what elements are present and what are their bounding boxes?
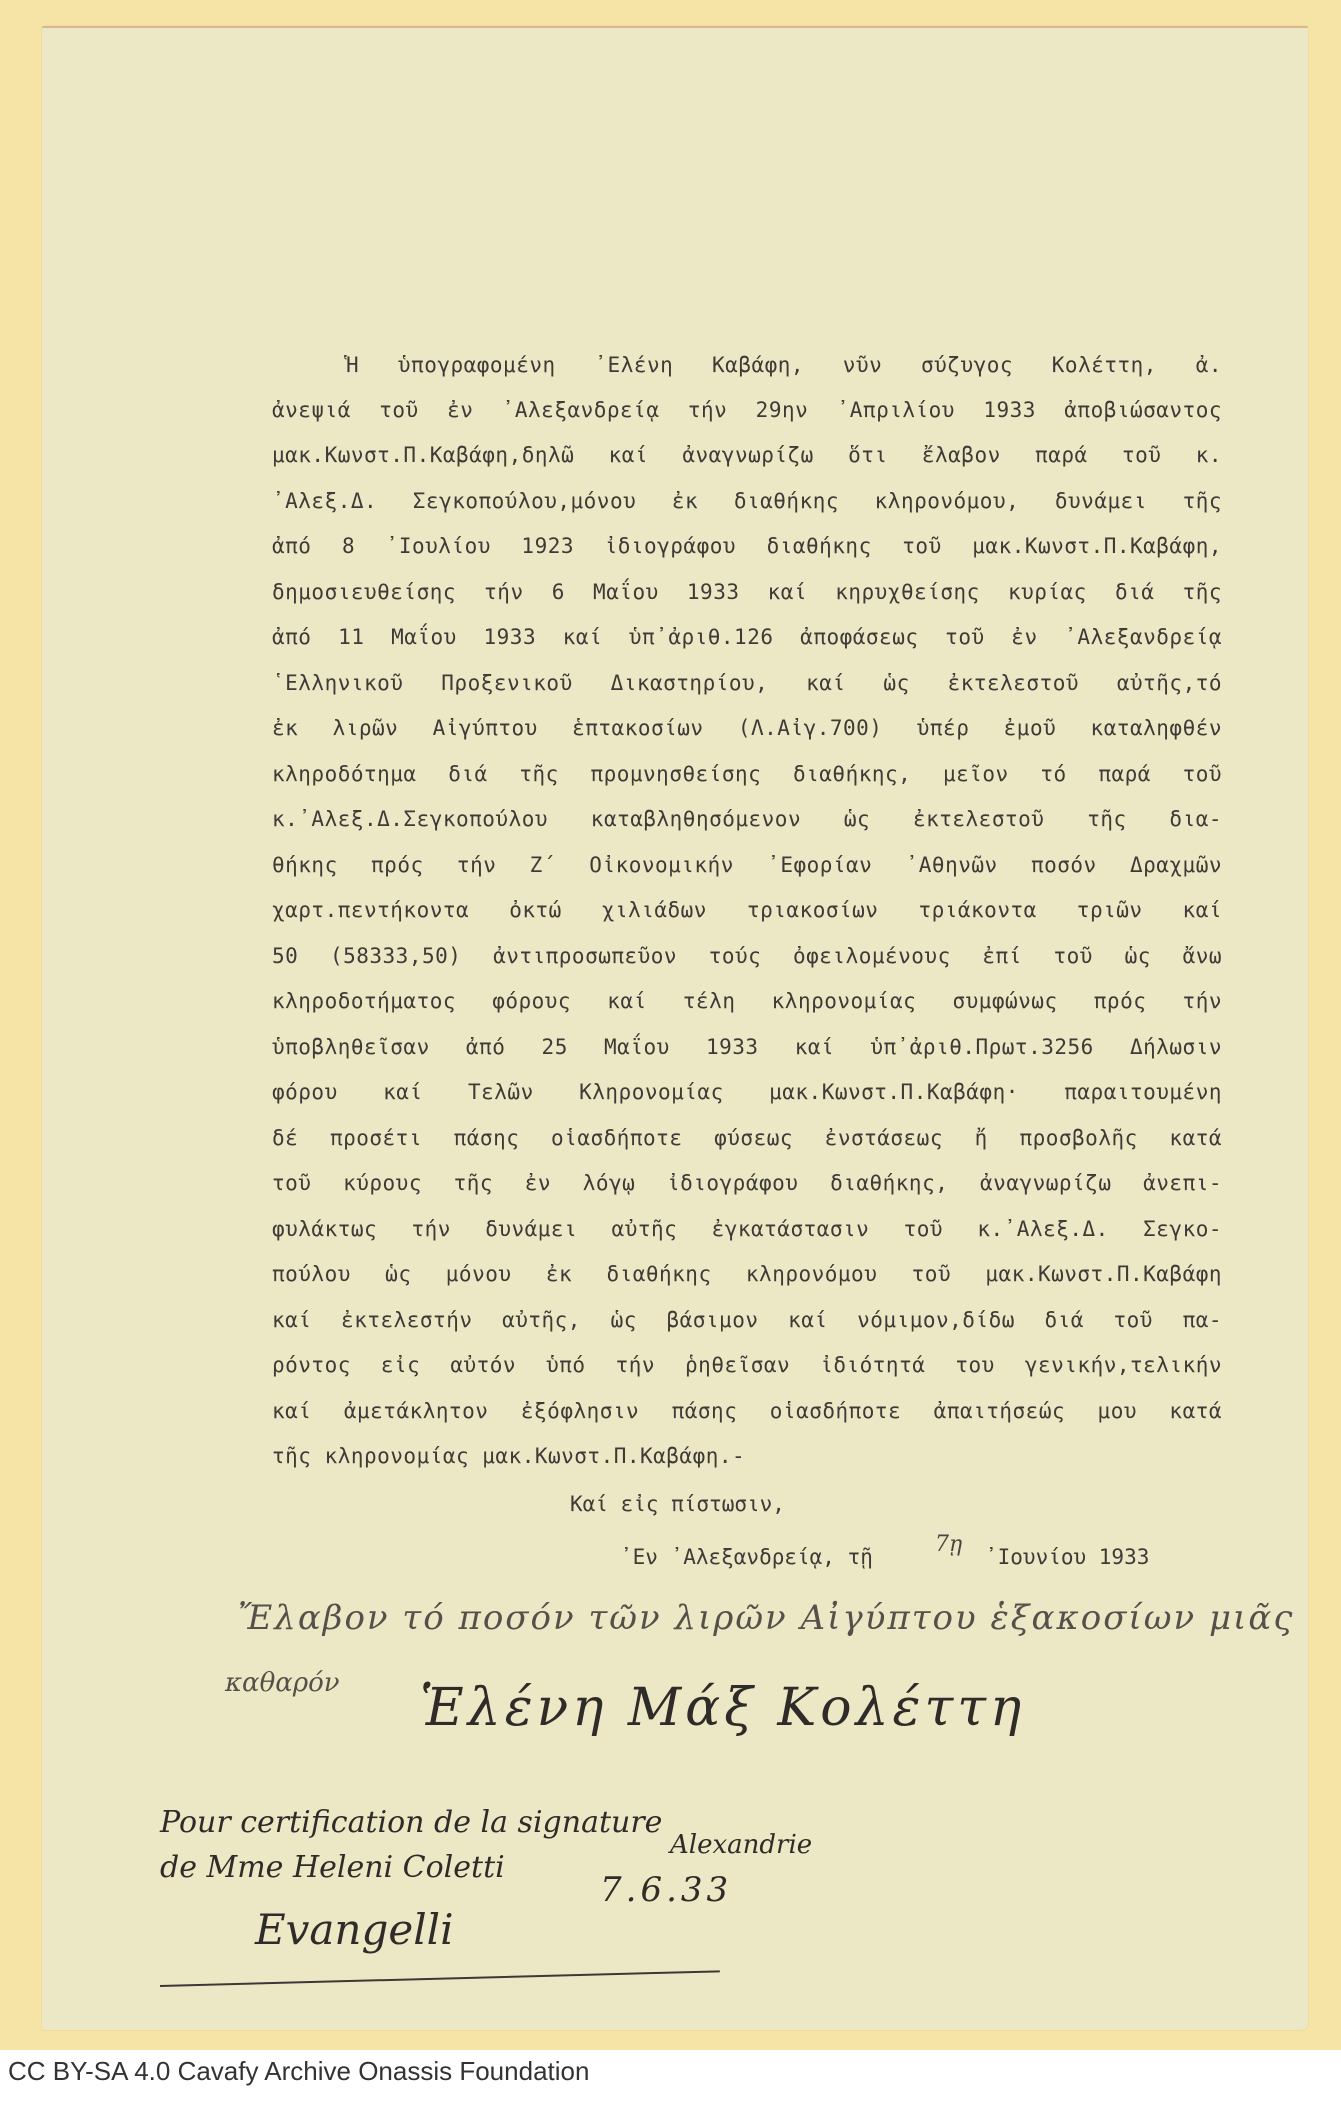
typed-line: κληροδότημα διά τῆς προμνησθείσης διαθήκ… <box>272 762 1222 786</box>
typed-line: ἀπό 11 Μαΐου 1933 καί ὑπ᾽ἀριθ.126 ἀποφάσ… <box>272 625 1222 649</box>
typed-line: ἐκ λιρῶν Αἰγύπτου ἑπτακοσίων (Λ.Αἰγ.700)… <box>272 716 1222 740</box>
typed-line: ᾽Αλεξ.Δ. Σεγκοπούλου,μόνου ἐκ διαθήκης κ… <box>272 489 1222 513</box>
typed-line: ὑποβληθεῖσαν ἀπό 25 Μαΐου 1933 καί ὑπ᾽ἀρ… <box>272 1035 1222 1059</box>
typed-line: καί ἀμετάκλητον ἐξόφλησιν πάσης οἱασδήπο… <box>272 1399 1222 1423</box>
typed-line: τῆς κληρονομίας μακ.Κωνστ.Π.Καβάφη.- <box>272 1444 1222 1468</box>
typed-line: κληροδοτήματος φόρους καί τέλη κληρονομί… <box>272 989 1222 1013</box>
typed-line: ῾Ελληνικοῦ Προξενικοῦ Δικαστηρίου, καί ὡ… <box>272 671 1222 695</box>
typed-line: χαρτ.πεντήκοντα ὀκτώ χιλιάδων τριακοσίων… <box>272 898 1222 922</box>
certifier-signature: Evangelli <box>255 1905 454 1954</box>
certification-date: 7.6.33 <box>600 1870 732 1910</box>
typed-line: Ἡ ὑπογραφομένη ᾽Ελένη Καβάφη, νῦν σύζυγο… <box>346 353 1222 377</box>
place-date-prefix: ᾽Εν ᾽Αλεξανδρείᾳ, τῇ <box>620 1545 873 1569</box>
typed-line: ρόντος εἰς αὐτόν ὑπό τήν ῥηθεῖσαν ἰδιότη… <box>272 1353 1222 1377</box>
certification-place: Alexandrie <box>670 1830 812 1860</box>
typed-line: δημοσιευθείσης τήν 6 Μαΐου 1933 καί κηρυ… <box>272 580 1222 604</box>
handwritten-receipt-line-1: Ἔλαβον τό ποσόν τῶν λιρῶν Αἰγύπτου ἑξακο… <box>238 1598 1294 1638</box>
typed-line: δέ προσέτι πάσης οἱασδήποτε φύσεως ἐνστά… <box>272 1126 1222 1150</box>
typed-line: πούλου ὡς μόνου ἐκ διαθήκης κληρονόμου τ… <box>272 1262 1222 1286</box>
typed-line: φόρου καί Τελῶν Κληρονομίας μακ.Κωνστ.Π.… <box>272 1080 1222 1104</box>
typed-line: τοῦ κύρους τῆς ἐν λόγῳ ἰδιογράφου διαθήκ… <box>272 1171 1222 1195</box>
certification-line-1: Pour certification de la signature <box>160 1805 662 1840</box>
typed-line: 50 (58333,50) ἀντιπροσωπεῦον τούς ὀφειλο… <box>272 944 1222 968</box>
typed-line: κ.᾽Αλεξ.Δ.Σεγκοπούλου καταβληθησόμενον ὡ… <box>272 807 1222 831</box>
handwritten-day: 7ῃ <box>935 1532 962 1557</box>
typed-line: μακ.Κωνστ.Π.Καβάφη,δηλῶ καί ἀναγνωρίζω ὅ… <box>272 443 1222 467</box>
handwritten-receipt-line-2: καθαρόν <box>225 1668 340 1698</box>
license-credit: CC BY-SA 4.0 Cavafy Archive Onassis Foun… <box>8 2056 589 2087</box>
signature-helen-coletti: Ἑλένη Μάξ Κολέττη <box>420 1678 1025 1738</box>
certification-line-2: de Mme Heleni Coletti <box>160 1850 505 1885</box>
closing-formula: Καί εἰς πίστωσιν, <box>570 1492 785 1516</box>
typed-line: ἀπό 8 ᾽Ιουλίου 1923 ἰδιογράφου διαθήκης … <box>272 534 1222 558</box>
place-date-suffix: ᾽Ιουνίου 1933 <box>985 1545 1149 1569</box>
typed-line: ἀνεψιά τοῦ ἐν ᾽Αλεξανδρείᾳ τήν 29ην ᾽Απρ… <box>272 398 1222 422</box>
typed-line: καί ἐκτελεστήν αὐτῆς, ὡς βάσιμον καί νόμ… <box>272 1308 1222 1332</box>
typed-line: θήκης πρός τήν Ζ´ Οἰκονομικήν ᾽Εφορίαν ᾽… <box>272 853 1222 877</box>
typed-line: φυλάκτως τήν δυνάμει αὐτῆς ἐγκατάστασιν … <box>272 1217 1222 1241</box>
